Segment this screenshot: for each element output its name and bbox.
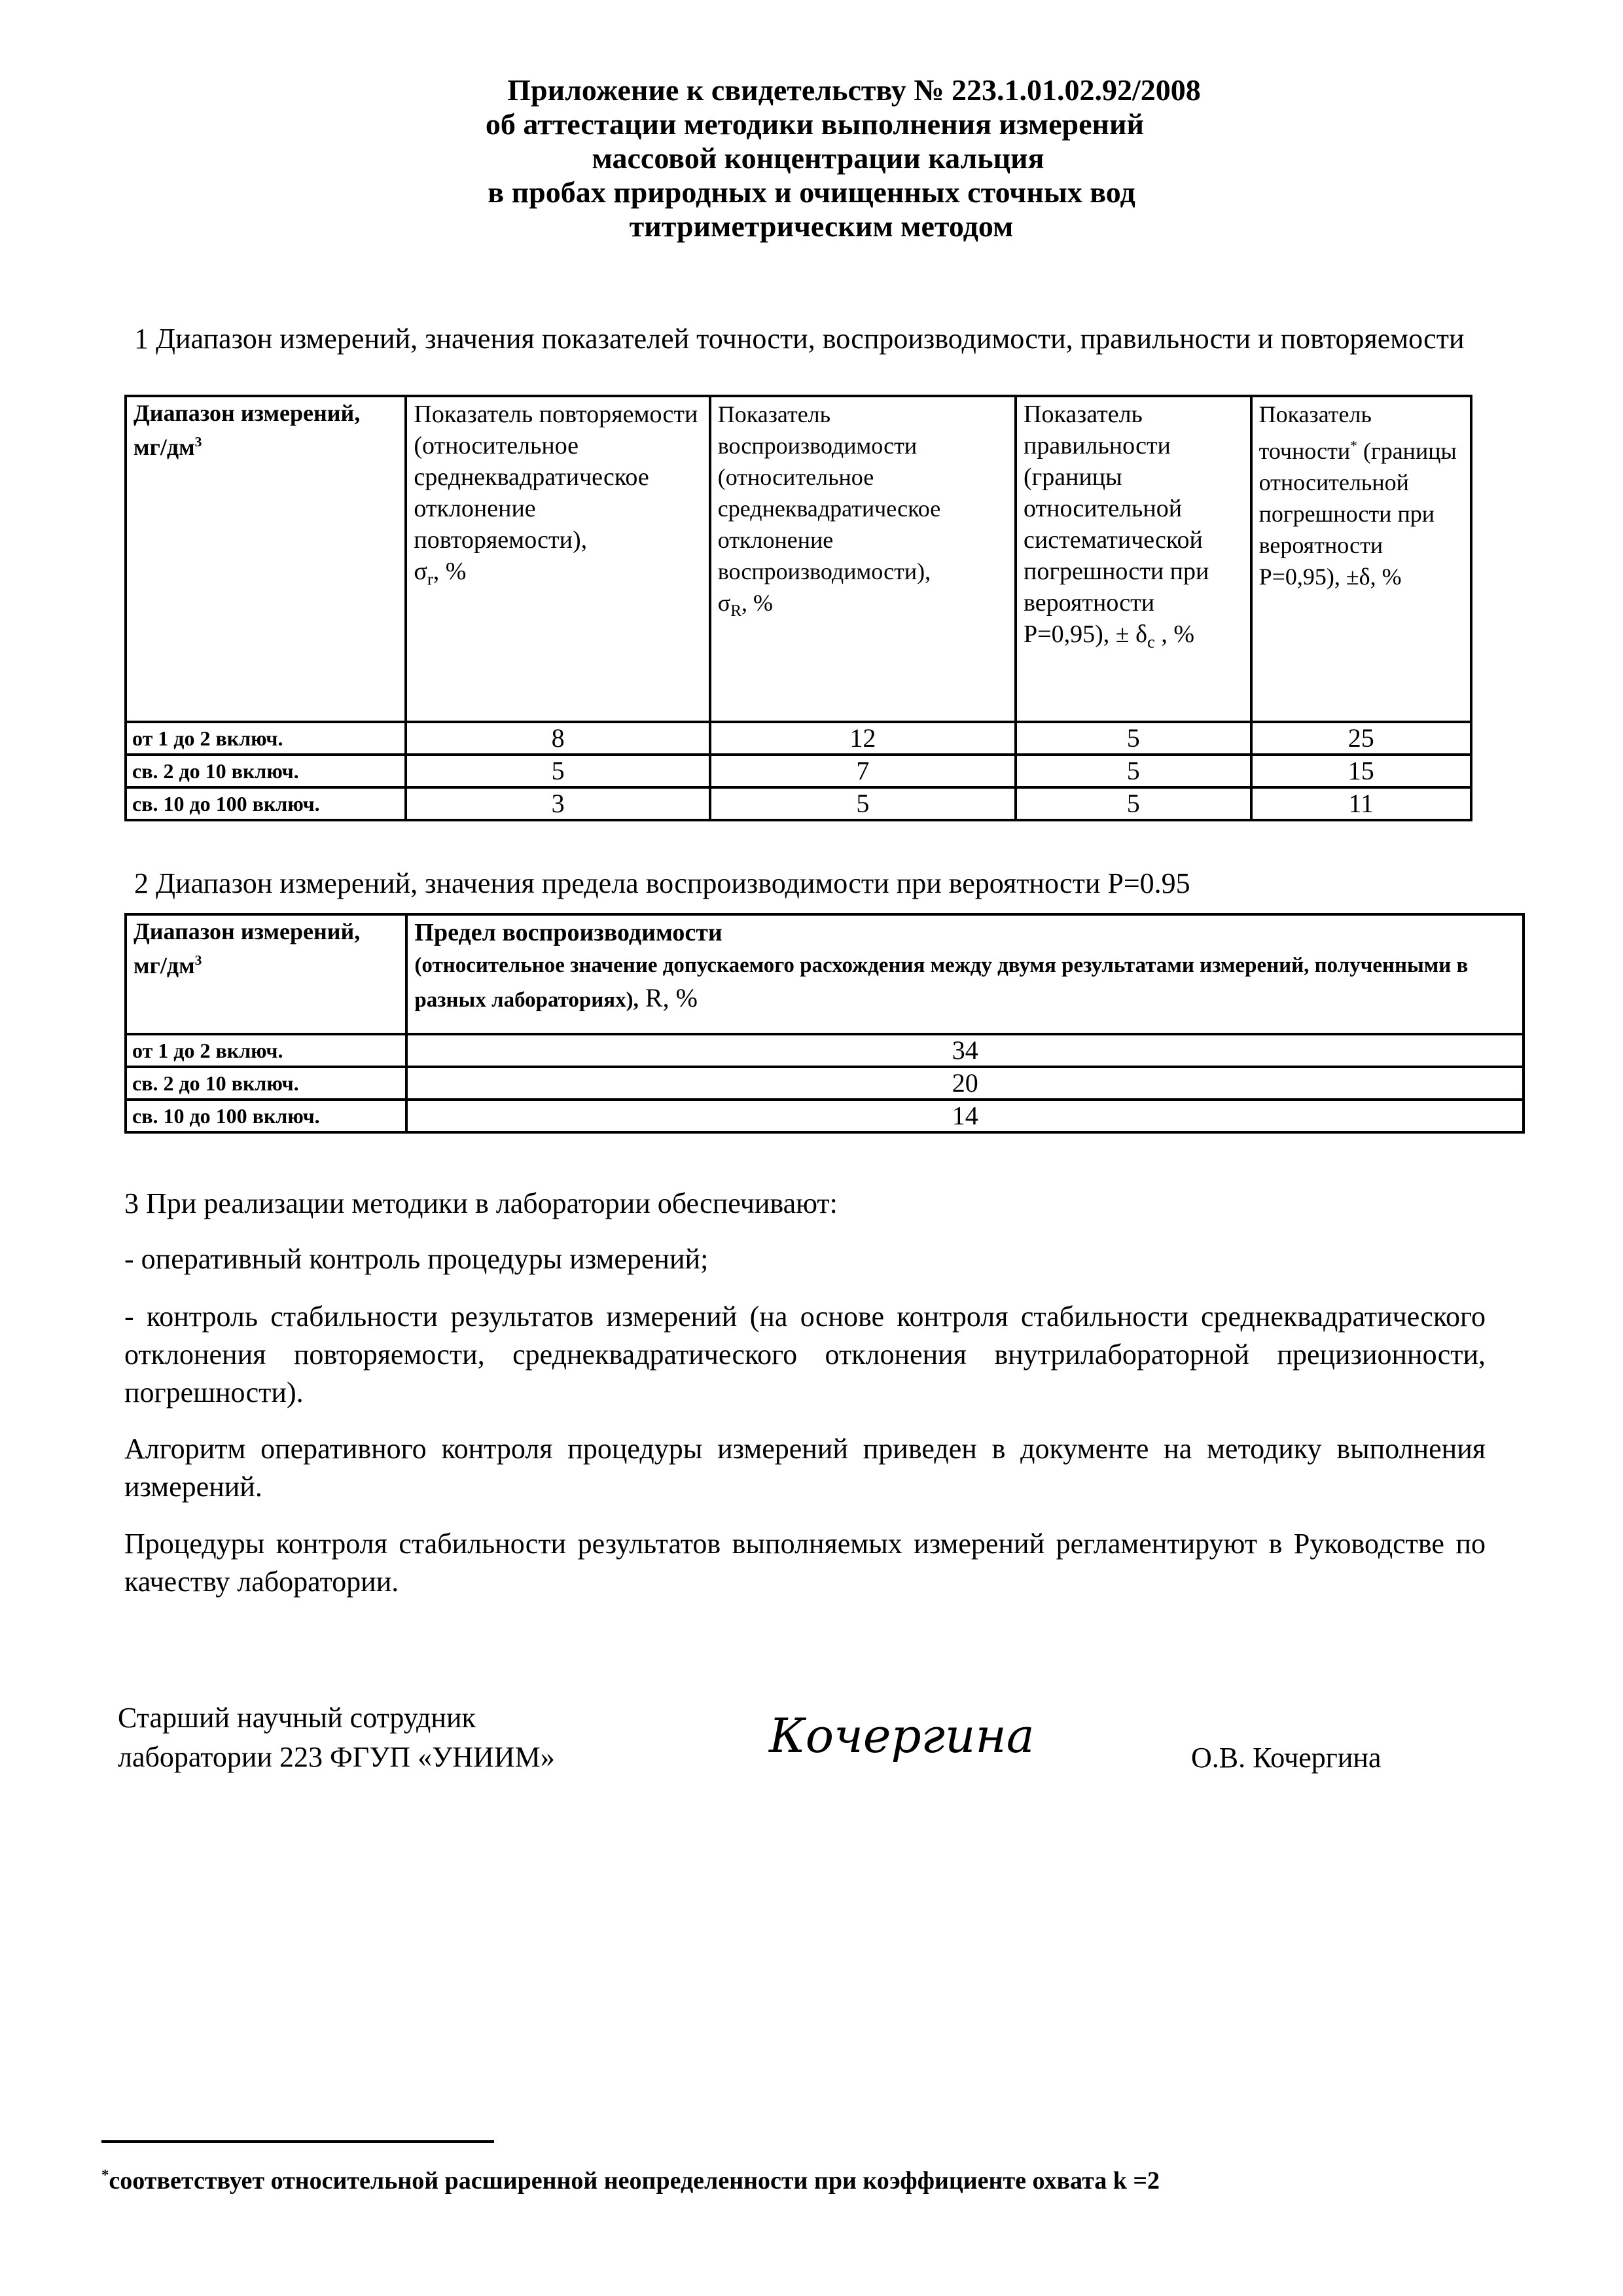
footnote-divider: [101, 2140, 494, 2143]
cell-accuracy: 11: [1251, 787, 1471, 820]
footnote: *соответствует относительной расширенной…: [101, 2166, 1160, 2195]
cell-value: 20: [406, 1067, 1524, 1100]
signatory-position: Старший научный сотрудник лаборатории 22…: [118, 1698, 555, 1777]
header-accuracy-label: Показатель точности: [1259, 401, 1372, 464]
title-line-5: титриметрическим методом: [0, 209, 1623, 243]
accuracy-table: Диапазон измерений, мг/дм3 Показатель по…: [124, 395, 1472, 821]
list-item: - оперативный контроль процедуры измерен…: [124, 1240, 1486, 1278]
header-trueness-text: Показатель правильности (границы относит…: [1024, 401, 1209, 648]
cell-trueness: 5: [1016, 787, 1251, 820]
cell-reproducibility: 5: [710, 787, 1016, 820]
cell-accuracy: 15: [1251, 755, 1471, 787]
cell-accuracy: 25: [1251, 722, 1471, 755]
list-item: - контроль стабильности результатов изме…: [124, 1298, 1486, 1412]
section-1-heading: 1 Диапазон измерений, значения показател…: [134, 321, 1508, 357]
cell-reproducibility: 12: [710, 722, 1016, 755]
header-range-text: Диапазон измерений, мг/дм: [134, 918, 360, 978]
header-range-text: Диапазон измерений, мг/дм: [134, 400, 360, 460]
cell-value: 14: [406, 1100, 1524, 1132]
sigma-symbol: σ: [718, 590, 730, 616]
table-row: от 1 до 2 включ. 8 12 5 25: [126, 722, 1471, 755]
table-header-row: Диапазон измерений, мг/дм3 Показатель по…: [126, 396, 1471, 722]
header-limit-desc: (относительное значение допускаемого рас…: [414, 954, 1468, 1012]
header-repeatability-text: Показатель повторяемости (относительное …: [414, 401, 698, 554]
header-range-sup: 3: [195, 434, 202, 450]
header-trueness: Показатель правильности (границы относит…: [1016, 396, 1251, 722]
unit: , %: [741, 590, 773, 616]
cell-trueness: 5: [1016, 722, 1251, 755]
cell-range: от 1 до 2 включ.: [126, 722, 406, 755]
section-3-heading: 3 При реализации методики в лаборатории …: [124, 1185, 1486, 1223]
cell-range: св. 2 до 10 включ.: [126, 1067, 406, 1100]
sigma-sub: R: [730, 602, 741, 620]
position-line-1: Старший научный сотрудник: [118, 1698, 555, 1738]
header-reproducibility-text: Показатель воспроизводимости (относитель…: [718, 401, 940, 584]
cell-trueness: 5: [1016, 755, 1251, 787]
position-line-2: лаборатории 223 ФГУП «УНИИМ»: [118, 1738, 555, 1777]
table-row: от 1 до 2 включ. 34: [126, 1034, 1524, 1067]
cell-value: 34: [406, 1034, 1524, 1067]
footnote-mark: *: [101, 2166, 109, 2183]
table-row: св. 10 до 100 включ. 3 5 5 11: [126, 787, 1471, 820]
header-accuracy: Показатель точности* (границы относитель…: [1251, 396, 1471, 722]
header-limit: Предел воспроизводимости (относительное …: [406, 914, 1524, 1034]
algorithm-paragraph: Алгоритм оперативного контроля процедуры…: [124, 1430, 1486, 1506]
title-line-1: Приложение к свидетельству № 223.1.01.02…: [0, 73, 1623, 107]
header-reproducibility: Показатель воспроизводимости (относитель…: [710, 396, 1016, 722]
header-range: Диапазон измерений, мг/дм3: [126, 396, 406, 722]
title-line-4: в пробах природных и очищенных сточных в…: [0, 175, 1623, 209]
header-limit-title: Предел воспроизводимости: [414, 917, 1516, 948]
sigma-symbol: σ: [414, 558, 427, 585]
table-row: св. 10 до 100 включ. 14: [126, 1100, 1524, 1132]
procedures-paragraph: Процедуры контроля стабильности результа…: [124, 1525, 1486, 1601]
cell-range: св. 10 до 100 включ.: [126, 1100, 406, 1132]
cell-range: св. 10 до 100 включ.: [126, 787, 406, 820]
cell-range: от 1 до 2 включ.: [126, 1034, 406, 1067]
table-row: св. 2 до 10 включ. 5 7 5 15: [126, 755, 1471, 787]
title-line-2: об аттестации методики выполнения измере…: [0, 107, 1623, 141]
cell-range: св. 2 до 10 включ.: [126, 755, 406, 787]
handwritten-signature: Кочергина: [769, 1708, 1035, 1763]
title-line-3: массовой концентрации кальция: [0, 141, 1623, 175]
header-range-sup: 3: [195, 952, 202, 968]
table-header-row: Диапазон измерений, мг/дм3 Предел воспро…: [126, 914, 1524, 1034]
cell-repeatability: 5: [406, 755, 709, 787]
header-limit-symbol: R, %: [639, 983, 698, 1013]
table-row: св. 2 до 10 включ. 20: [126, 1067, 1524, 1100]
header-range: Диапазон измерений, мг/дм3: [126, 914, 406, 1034]
document-title: Приложение к свидетельству № 223.1.01.02…: [0, 73, 1623, 243]
section-2-heading: 2 Диапазон измерений, значения предела в…: [134, 865, 1508, 901]
cell-reproducibility: 7: [710, 755, 1016, 787]
cell-repeatability: 8: [406, 722, 709, 755]
footnote-text: соответствует относительной расширенной …: [109, 2167, 1160, 2195]
unit: , %: [1155, 620, 1194, 648]
header-repeatability: Показатель повторяемости (относительное …: [406, 396, 709, 722]
sigma-sub: r: [427, 569, 433, 589]
signatory-name: О.В. Кочергина: [1191, 1741, 1381, 1774]
reproducibility-limit-table: Диапазон измерений, мг/дм3 Предел воспро…: [124, 913, 1525, 1134]
unit: , %: [433, 558, 467, 585]
cell-repeatability: 3: [406, 787, 709, 820]
footnote-mark: *: [1350, 438, 1357, 454]
delta-sub: c: [1147, 632, 1155, 652]
